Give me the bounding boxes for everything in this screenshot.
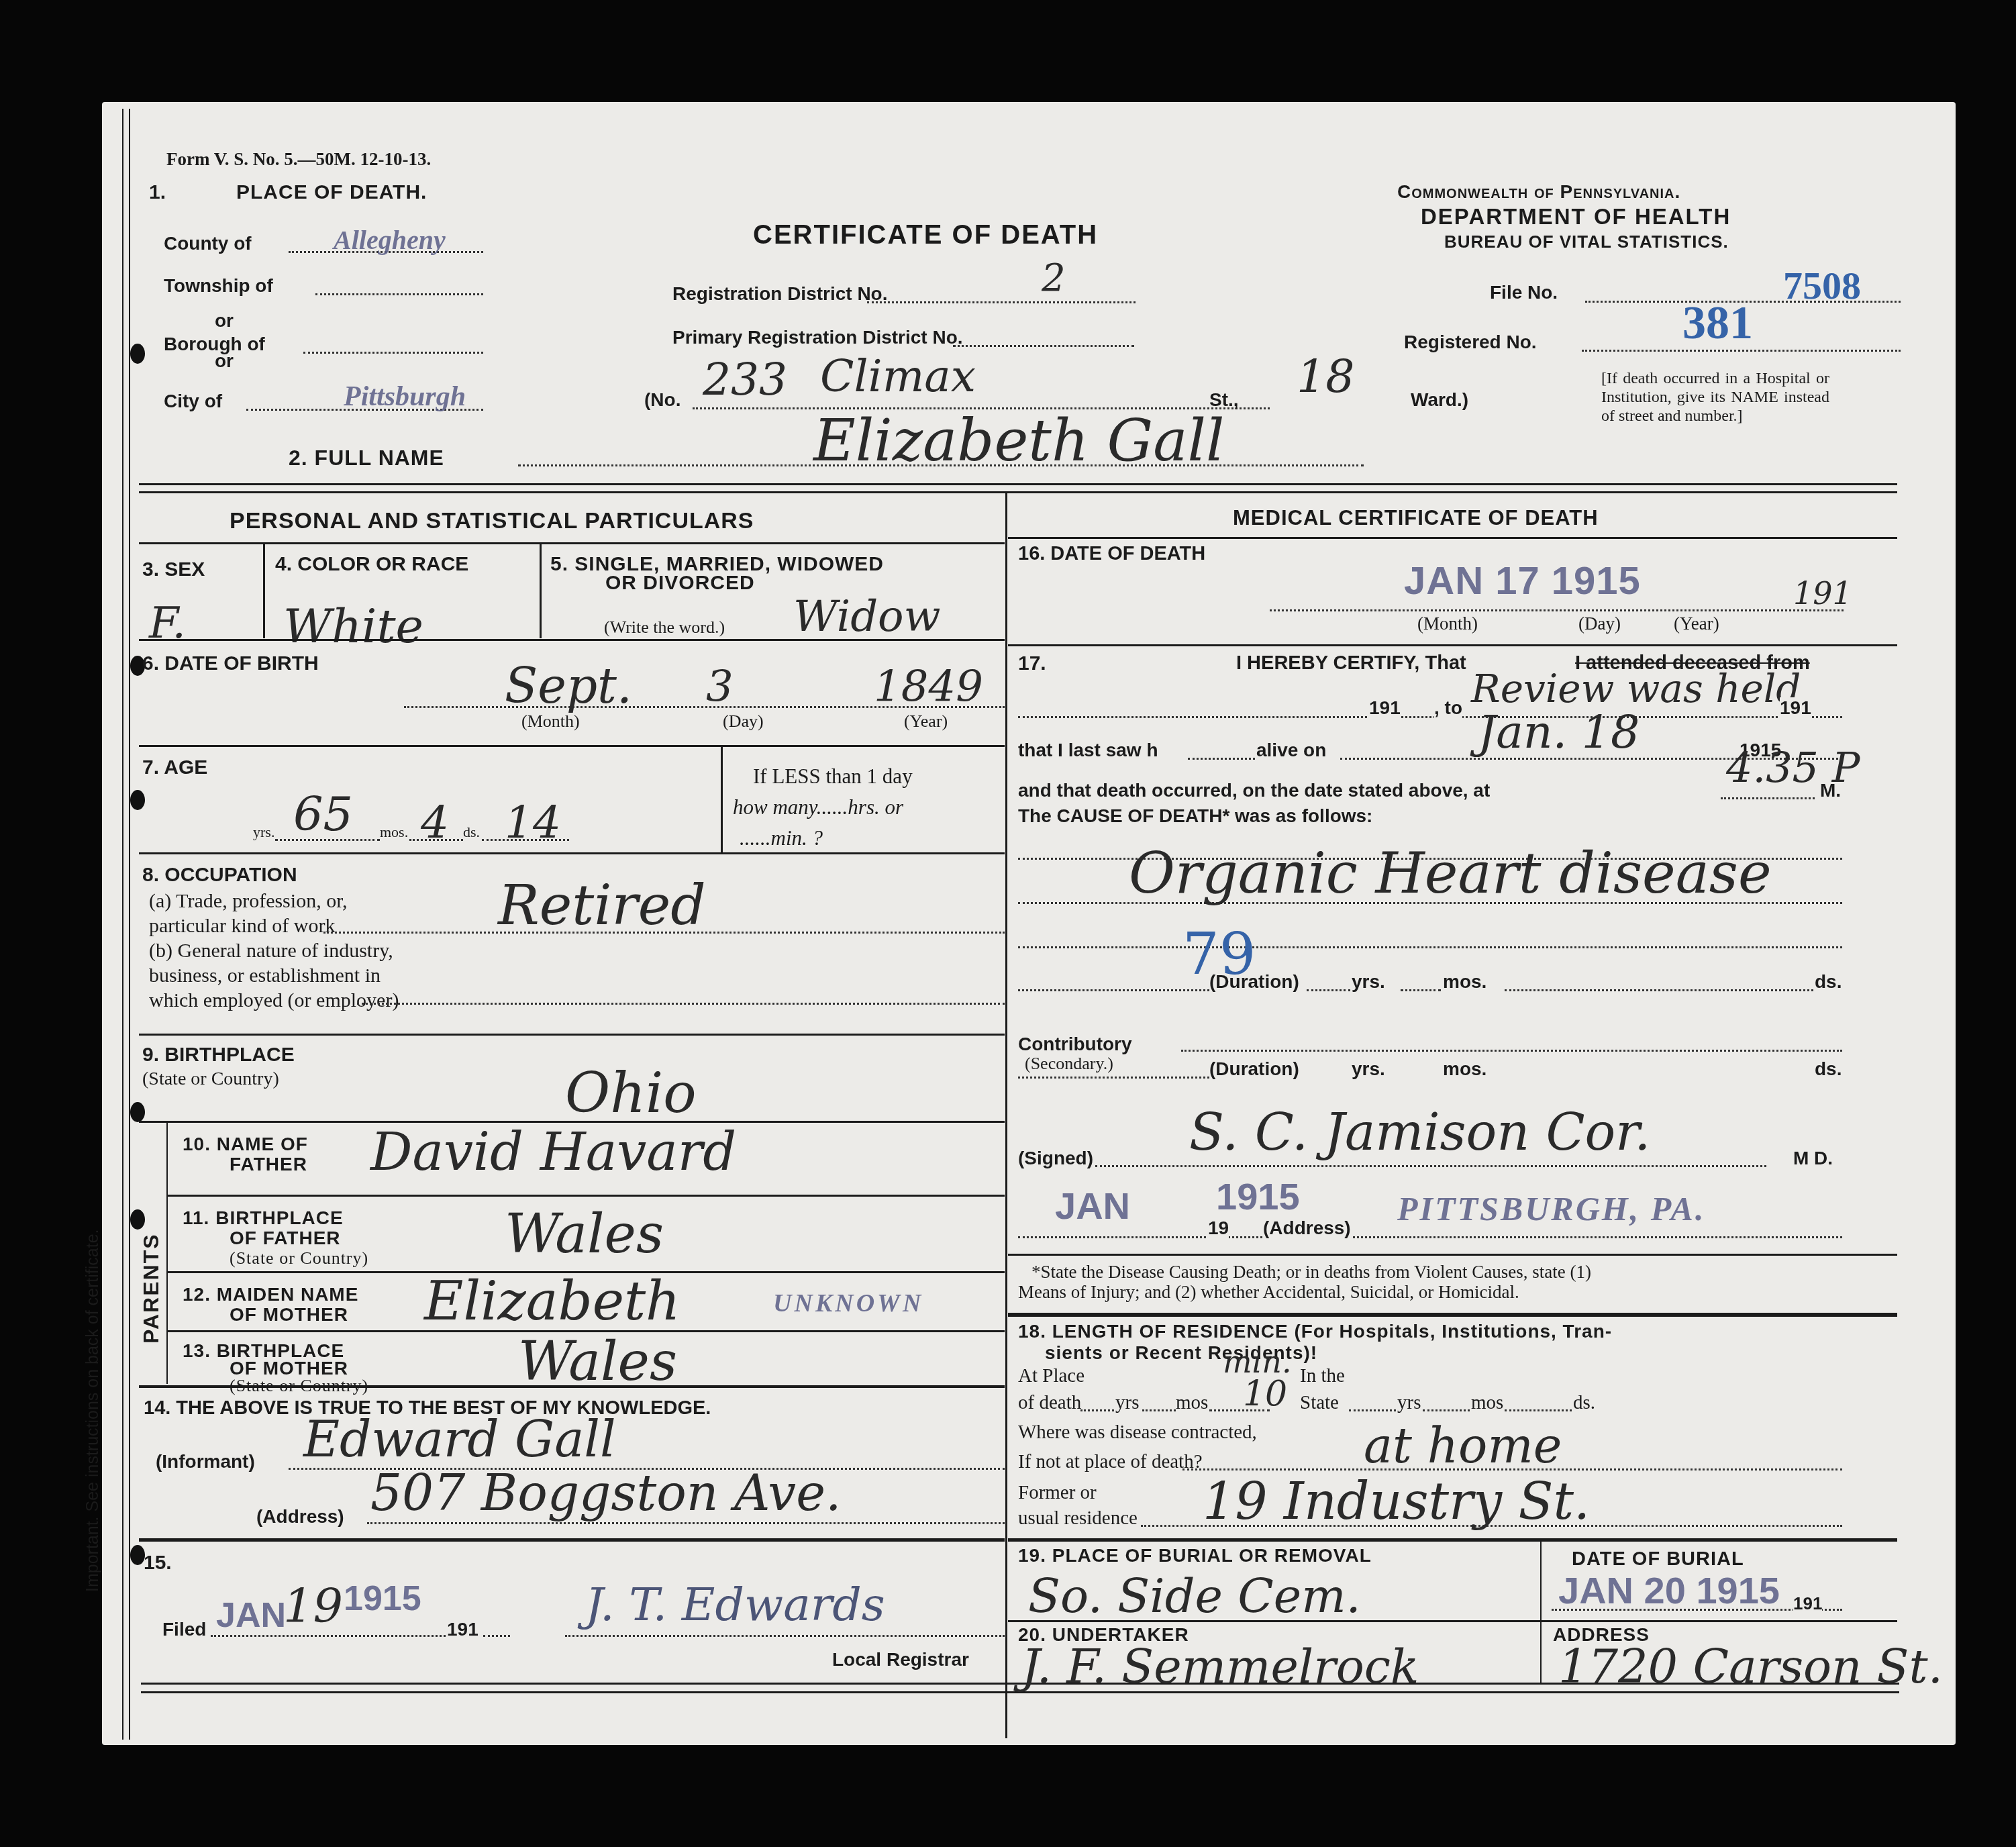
at-place-yrs: yrs <box>1115 1392 1139 1414</box>
informant-value: Edward Gall <box>303 1411 616 1468</box>
or-text: or <box>215 310 234 332</box>
less-than-day-note: If LESS than 1 day how many......hrs. or… <box>733 761 913 854</box>
at-place-mos-field[interactable] <box>1142 1409 1176 1411</box>
occupation-a-line-2: particular kind of work <box>149 913 399 938</box>
former-residence-value: 19 Industry St. <box>1203 1471 1590 1531</box>
ward-label: Ward.) <box>1411 389 1468 411</box>
physician-address-stamp: PITTSBURGH, PA. <box>1397 1189 1705 1228</box>
dob-month-value: Sept. <box>505 658 632 714</box>
informant-address-value: 507 Boggston Ave. <box>370 1464 841 1522</box>
registration-district-field[interactable] <box>867 301 1136 303</box>
father-label-line-1: 10. NAME OF <box>183 1134 308 1154</box>
former-residence-label-2: usual residence <box>1018 1507 1138 1530</box>
divider <box>1008 1620 1897 1622</box>
registered-number-value: 381 <box>1682 297 1753 350</box>
medical-section-title: MEDICAL CERTIFICATE OF DEATH <box>1233 506 1599 530</box>
certificate-paper: Important. See instructions on back of c… <box>102 102 1956 1745</box>
full-name-value: Elizabeth Gall <box>813 407 1225 475</box>
in-state-ds-field[interactable] <box>1505 1409 1572 1411</box>
signed-date-address-field[interactable] <box>1018 1236 1842 1238</box>
secondary-mos-label: mos. <box>1443 1058 1486 1080</box>
divider <box>139 852 1005 854</box>
primary-district-label: Primary Registration District No. <box>672 327 963 348</box>
divider <box>139 639 1005 641</box>
hospital-note: [If death occurred in a Hospital or Inst… <box>1601 369 1829 426</box>
attended-to: , to <box>1434 697 1462 719</box>
mother-label-line-2: OF MOTHER <box>183 1305 358 1325</box>
at-place-label-1: At Place <box>1018 1365 1085 1387</box>
punch-hole <box>130 344 145 364</box>
registration-district-label: Registration District No. <box>672 283 887 305</box>
section-15-number: 15. <box>144 1552 172 1575</box>
unknown-stamp: UNKNOWN <box>773 1289 923 1318</box>
father-birthplace-line-2: OF FATHER <box>183 1228 368 1248</box>
parents-label: PARENTS <box>139 1233 164 1344</box>
signed-month-stamp: JAN <box>1055 1184 1130 1228</box>
year-caption: (Year) <box>1674 613 1719 634</box>
commonwealth-heading: Commonwealth of Pennsylvania. <box>1397 181 1680 203</box>
secondary-label: (Secondary.) <box>1025 1054 1113 1074</box>
race-label: 4. COLOR OR RACE <box>275 553 468 576</box>
race-value: White <box>283 599 423 654</box>
county-value-stamp: Allegheny <box>334 224 446 256</box>
burial-date-stamp: JAN 20 1915 <box>1558 1568 1780 1612</box>
footnote-line-2: Means of Injury; and (2) whether Acciden… <box>1018 1282 1837 1302</box>
birthplace-label: 9. BIRTHPLACE <box>142 1044 295 1066</box>
occupation-b-line-1: (b) General nature of industry, <box>149 938 399 963</box>
birthplace-value: Ohio <box>565 1062 697 1126</box>
duration-ds-field[interactable] <box>1505 989 1813 991</box>
registrar-signature-field[interactable] <box>565 1635 1005 1637</box>
residence-label-line-2: sients or Recent Residents)! <box>1018 1342 1612 1364</box>
section-1-number: 1. <box>149 181 166 204</box>
mother-maiden-label: 12. MAIDEN NAME OF MOTHER <box>183 1285 358 1325</box>
cause-footnote: *State the Disease Causing Death; or in … <box>1018 1262 1837 1302</box>
attended-191-a: 191 <box>1369 697 1401 719</box>
secondary-ds-label: ds. <box>1815 1058 1842 1080</box>
divider <box>139 1538 1005 1542</box>
at-place-yrs-field[interactable] <box>1080 1409 1114 1411</box>
certify-text: I HEREBY CERTIFY, That <box>1236 652 1466 675</box>
occupation-instructions: (a) Trade, profession, or, particular ki… <box>149 889 399 1013</box>
undertaker-value: J. F. Semmelrock <box>1021 1639 1419 1694</box>
filed-year-field[interactable] <box>483 1635 510 1637</box>
time-meridiem: M. <box>1820 780 1841 801</box>
attended-191-b: 191 <box>1780 697 1811 719</box>
cell-divider <box>721 746 723 854</box>
date-of-death-label: 16. DATE OF DEATH <box>1018 543 1205 565</box>
certificate-title: CERTIFICATE OF DEATH <box>753 220 1098 250</box>
dob-year-value: 1849 <box>874 662 983 712</box>
less-than-day-line-2: how many......hrs. or <box>733 792 913 823</box>
burial-date-191: 191 <box>1793 1593 1822 1614</box>
at-place-months-value: 10 <box>1243 1374 1287 1414</box>
registrar-label: Local Registrar <box>832 1649 969 1670</box>
burial-place-value: So. Side Cem. <box>1028 1568 1361 1624</box>
street-value: Climax <box>820 350 976 402</box>
punch-hole <box>130 1102 145 1122</box>
in-state-yrs: yrs <box>1397 1392 1421 1414</box>
father-label: 10. NAME OF FATHER <box>183 1134 308 1175</box>
signed-19: 19 <box>1208 1217 1229 1239</box>
cell-divider <box>263 544 265 638</box>
former-residence-label-1: Former or <box>1018 1482 1097 1504</box>
signed-year-stamp: 1915 <box>1216 1175 1300 1218</box>
duration-ds-label: ds. <box>1815 971 1842 993</box>
section-1-title: PLACE OF DEATH. <box>236 181 427 204</box>
attended-dates-field[interactable] <box>1018 716 1842 718</box>
divider <box>139 745 1005 747</box>
in-state-label-1: In the <box>1300 1365 1345 1387</box>
in-state-mos-field[interactable] <box>1423 1409 1470 1411</box>
cell-divider <box>1540 1542 1542 1683</box>
contracted-label-1: Where was disease contracted, <box>1018 1421 1257 1444</box>
margin-rule <box>122 109 123 1740</box>
last-saw-label: that I last saw h <box>1018 740 1158 761</box>
filed-day-value: 19 <box>283 1579 343 1634</box>
contributory-label: Contributory <box>1018 1034 1132 1055</box>
duration-mos-field[interactable] <box>1401 989 1441 991</box>
dob-label: 6. DATE OF BIRTH <box>142 652 319 675</box>
date-of-death-field[interactable] <box>1270 609 1844 611</box>
mother-birthplace-line-2: OF MOTHER <box>183 1360 368 1377</box>
marital-hint: (Write the word.) <box>604 617 725 638</box>
time-of-death-field[interactable] <box>1721 797 1815 799</box>
occupation-b-line-3: which employed (or employer) <box>149 988 399 1013</box>
form-id: Form V. S. No. 5.—50M. 12-10-13. <box>166 149 431 170</box>
age-yrs-label: yrs. <box>253 823 274 841</box>
bureau-heading: BUREAU OF VITAL STATISTICS. <box>1444 232 1729 252</box>
birthplace-sub: (State or Country) <box>142 1068 279 1090</box>
column-divider <box>1005 493 1007 1738</box>
informant-address-label: (Address) <box>256 1506 344 1528</box>
informant-label: (Informant) <box>156 1451 255 1472</box>
mother-maiden-value: Elizabeth <box>424 1270 681 1332</box>
divider <box>139 1034 1005 1036</box>
divider <box>1008 1254 1897 1256</box>
at-place-label-2: of death <box>1018 1392 1081 1414</box>
less-than-day-line-1: If LESS than 1 day <box>733 761 913 792</box>
cell-divider <box>540 544 542 638</box>
county-label: County of <box>164 233 252 254</box>
street-number-label: (No. <box>644 389 681 411</box>
punch-hole <box>130 1545 145 1565</box>
occupation-label: 8. OCCUPATION <box>142 864 297 887</box>
residence-label-line-1: 18. LENGTH OF RESIDENCE (For Hospitals, … <box>1018 1321 1612 1342</box>
pronoun-field[interactable] <box>1188 758 1255 760</box>
residence-label: 18. LENGTH OF RESIDENCE (For Hospitals, … <box>1018 1321 1612 1364</box>
cause-of-death-value: Organic Heart disease <box>1129 840 1772 906</box>
certify-hand-note: Review was held <box>1471 666 1801 711</box>
at-place-mos: mos <box>1176 1392 1208 1414</box>
personal-section-title: PERSONAL AND STATISTICAL PARTICULARS <box>230 508 754 534</box>
less-than-day-line-3: ......min. ? <box>733 823 913 854</box>
date-of-death-191: 191 <box>1793 575 1852 611</box>
mother-label-line-1: 12. MAIDEN NAME <box>183 1285 358 1305</box>
occupation-value: Retired <box>498 874 706 938</box>
age-mos-label: mos. <box>380 823 408 841</box>
margin-instruction: Important. See instructions on back of c… <box>83 1229 103 1592</box>
secondary-duration-field[interactable] <box>1018 1077 1209 1079</box>
duration-label: (Duration) <box>1209 971 1299 993</box>
township-field[interactable] <box>315 293 483 295</box>
in-state-yrs-field[interactable] <box>1349 1409 1396 1411</box>
age-ds-label: ds. <box>463 823 480 841</box>
father-name-value: David Havard <box>370 1122 736 1183</box>
dob-day-value: 3 <box>706 662 734 712</box>
occupation-b-line-2: business, or establishment in <box>149 963 399 988</box>
or-text: or <box>215 350 234 372</box>
burial-place-label: 19. PLACE OF BURIAL OR REMOVAL <box>1018 1545 1372 1566</box>
time-of-death-label: and that death occurred, on the date sta… <box>1018 780 1490 801</box>
physician-signature: S. C. Jamison Cor. <box>1189 1102 1651 1162</box>
contributory-field[interactable] <box>1181 1050 1842 1052</box>
md-label: M D. <box>1793 1148 1833 1169</box>
section-17-number: 17. <box>1018 652 1046 675</box>
father-birthplace-label: 11. BIRTHPLACE OF FATHER (State or Count… <box>183 1208 368 1268</box>
divider <box>168 1195 1005 1197</box>
duration-field[interactable] <box>1018 989 1209 991</box>
borough-field[interactable] <box>303 352 483 354</box>
punch-hole <box>130 790 145 810</box>
city-label: City of <box>164 391 222 412</box>
full-name-label: 2. FULL NAME <box>289 446 444 470</box>
punch-hole <box>130 1209 145 1230</box>
month-caption: (Month) <box>521 711 580 732</box>
age-label: 7. AGE <box>142 756 207 779</box>
registered-number-label: Registered No. <box>1404 332 1537 353</box>
informant-address-field[interactable] <box>367 1522 1005 1524</box>
father-birthplace-value: Wales <box>505 1203 664 1265</box>
divider <box>139 1385 1005 1388</box>
in-state-mos: mos <box>1471 1392 1503 1414</box>
signed-label: (Signed) <box>1018 1148 1093 1169</box>
city-value-stamp: Pittsburgh <box>344 381 466 413</box>
occupation-a-line-1: (a) Trade, profession, or, <box>149 889 399 913</box>
filed-191: 191 <box>447 1619 478 1640</box>
date-of-death-stamp: JAN 17 1915 <box>1404 558 1641 603</box>
ward-value: 18 <box>1297 350 1355 403</box>
year-caption: (Year) <box>904 711 948 732</box>
township-label: Township of <box>164 275 273 297</box>
in-state-ds: ds. <box>1573 1392 1595 1414</box>
duration-yrs-field[interactable] <box>1307 989 1350 991</box>
house-number-value: 233 <box>703 354 787 405</box>
day-caption: (Day) <box>1578 613 1621 634</box>
divider <box>1008 537 1897 539</box>
divider <box>139 542 1005 544</box>
secondary-yrs-label: yrs. <box>1352 1058 1385 1080</box>
alive-on-label: alive on <box>1256 740 1326 761</box>
duration-mos-label: mos. <box>1443 971 1486 993</box>
file-number-value: 7508 <box>1783 263 1861 308</box>
age-months-value: 4 <box>421 797 449 848</box>
divider <box>1008 644 1897 646</box>
department-heading: DEPARTMENT OF HEALTH <box>1421 204 1731 230</box>
filed-year-stamp: 1915 <box>344 1579 421 1619</box>
contracted-value: at home <box>1364 1417 1562 1474</box>
day-caption: (Day) <box>723 711 764 732</box>
age-years-value: 65 <box>293 787 353 842</box>
father-label-line-2: FATHER <box>183 1154 308 1175</box>
contracted-label-2: If not at place of death? <box>1018 1451 1203 1473</box>
mother-birthplace-value: Wales <box>518 1330 677 1393</box>
sex-label: 3. SEX <box>142 558 205 581</box>
burial-date-label: DATE OF BURIAL <box>1572 1548 1744 1570</box>
at-place-ds-field[interactable] <box>1209 1409 1270 1411</box>
filed-month-stamp: JAN <box>216 1595 286 1636</box>
filed-label: Filed <box>162 1619 206 1640</box>
age-days-value: 14 <box>505 797 561 848</box>
footnote-line-1: *State the Disease Causing Death; or in … <box>1018 1262 1837 1282</box>
marital-value: Widow <box>793 592 940 642</box>
father-birthplace-sub: (State or Country) <box>183 1248 368 1268</box>
registrar-signature: J. T. Edwards <box>585 1579 885 1632</box>
file-number-label: File No. <box>1490 282 1558 303</box>
father-birthplace-line-1: 11. BIRTHPLACE <box>183 1208 368 1228</box>
divider <box>139 491 1897 493</box>
occupation-industry-field[interactable] <box>357 1003 1005 1005</box>
last-saw-date-value: Jan. 18 <box>1478 706 1640 759</box>
primary-district-field[interactable] <box>953 345 1134 347</box>
cause-of-death-label: The CAUSE OF DEATH* was as follows: <box>1018 805 1372 827</box>
marital-label-2: OR DIVORCED <box>605 572 755 595</box>
physician-address-label: (Address) <box>1263 1217 1351 1239</box>
in-state-label-2: State <box>1300 1392 1339 1414</box>
duration-yrs-label: yrs. <box>1352 971 1385 993</box>
undertaker-address-value: 1720 Carson St. <box>1558 1639 1943 1694</box>
signature-field[interactable] <box>1095 1165 1766 1167</box>
month-caption: (Month) <box>1417 613 1478 634</box>
parents-divider <box>166 1122 168 1384</box>
divider <box>139 483 1897 485</box>
divider <box>1008 1538 1897 1542</box>
registration-district-value: 2 <box>1042 256 1066 300</box>
secondary-duration-label: (Duration) <box>1209 1058 1299 1080</box>
cause-line-3[interactable] <box>1018 946 1842 948</box>
divider <box>1008 1313 1897 1317</box>
